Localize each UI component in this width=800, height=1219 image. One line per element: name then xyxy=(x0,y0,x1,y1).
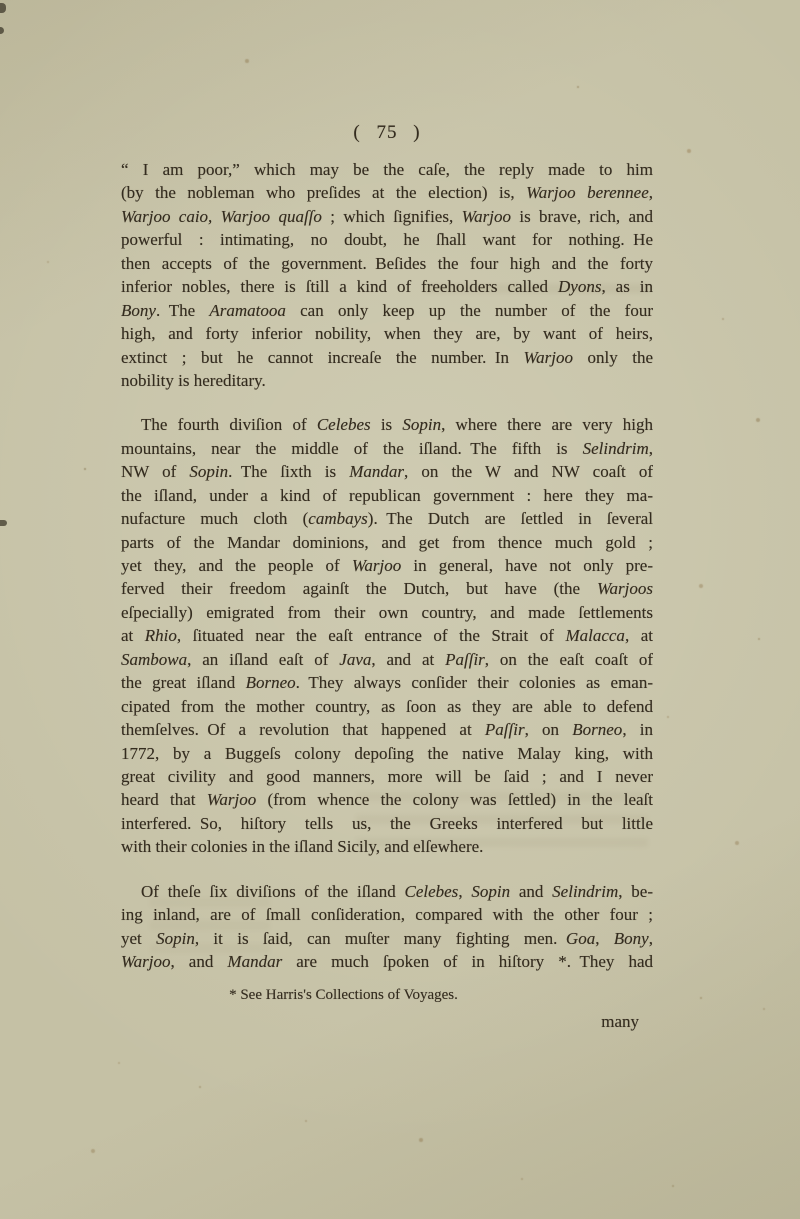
text-line: the iſland, under a kind of republican g… xyxy=(121,484,653,507)
italic-text-run: Goa xyxy=(566,929,595,948)
italic-text-run: Warjoo caio, Warjoo quaſſo xyxy=(121,207,322,226)
italic-text-run: Warjoo xyxy=(524,348,573,367)
text-run: heard that xyxy=(121,790,207,809)
page-number-header: ( 75 ) xyxy=(121,122,653,144)
text-run: and xyxy=(510,882,552,901)
text-line: heard that Warjoo (from whence the colon… xyxy=(121,788,653,811)
text-line: The fourth diviſion of Celebes is Sopin,… xyxy=(121,413,653,436)
text-run: eſpecially) emigrated from their own cou… xyxy=(121,603,653,622)
paragraph: The fourth diviſion of Celebes is Sopin,… xyxy=(121,413,653,858)
text-line: then accepts of the government. Beſides … xyxy=(121,252,653,275)
text-run: mountains, near the middle of the iſland… xyxy=(121,439,583,458)
text-run: are much ſpoken of in hiſtory *. They ha… xyxy=(282,952,653,971)
text-line: yet they, and the people of Warjoo in ge… xyxy=(121,554,653,577)
italic-text-run: Sambowa xyxy=(121,650,187,669)
italic-text-run: Warjoo xyxy=(462,207,511,226)
paragraph: Of theſe ſix diviſions of the iſland Cel… xyxy=(121,880,653,974)
text-run: NW of xyxy=(121,462,189,481)
text-run: (by the nobleman who preſides at the ele… xyxy=(121,183,526,202)
text-run: ing inland, are of ſmall conſideration, … xyxy=(121,905,653,924)
italic-text-run: Java xyxy=(339,650,371,669)
text-run: parts of the Mandar dominions, and get f… xyxy=(121,533,653,552)
text-line: at Rhio, ſituated near the eaſt entrance… xyxy=(121,624,653,647)
text-line: NW of Sopin. The ſixth is Mandar, on the… xyxy=(121,460,653,483)
text-run: , be- xyxy=(618,882,653,901)
catchword: many xyxy=(121,1012,653,1032)
text-run: , an iſland eaſt of xyxy=(187,650,339,669)
text-line: the great iſland Borneo. They always con… xyxy=(121,671,653,694)
italic-text-run: Bony xyxy=(121,301,156,320)
text-run: inferior nobles, there is ſtill a kind o… xyxy=(121,277,558,296)
text-run: , xyxy=(595,929,614,948)
text-run: with their colonies in the iſland Sicily… xyxy=(121,837,483,856)
text-line: Warjoo caio, Warjoo quaſſo ; which ſigni… xyxy=(121,205,653,228)
text-run: , on the W and NW coaſt of xyxy=(404,462,653,481)
text-line: ing inland, are of ſmall conſideration, … xyxy=(121,903,653,926)
text-line: yet Sopin, it is ſaid, can muſter many f… xyxy=(121,927,653,950)
text-line: with their colonies in the iſland Sicily… xyxy=(121,835,653,858)
italic-text-run: Sopin xyxy=(402,415,441,434)
text-run: extinct ; but he cannot increaſe the num… xyxy=(121,348,524,367)
page-edge-mark xyxy=(0,520,7,526)
text-run: , on the eaſt coaſt of xyxy=(485,650,653,669)
text-run: , xyxy=(458,882,471,901)
italic-text-run: Dyons xyxy=(558,277,601,296)
text-run: “ I am poor,” which may be the caſe, the… xyxy=(121,160,653,179)
text-run: . The ſixth is xyxy=(228,462,349,481)
text-run: , in xyxy=(622,720,653,739)
text-run: . The xyxy=(156,301,209,320)
text-line: nobility is hereditary. xyxy=(121,369,653,392)
italic-text-run: Paſſir xyxy=(485,720,525,739)
text-run: , as in xyxy=(601,277,653,296)
text-line: nufacture much cloth (cambays). The Dutc… xyxy=(121,507,653,530)
italic-text-run: Selindrim xyxy=(583,439,649,458)
text-run: interfered. So, hiſtory tells us, the Gr… xyxy=(121,814,653,833)
text-run: can only keep up the number of the four xyxy=(286,301,653,320)
text-run: yet they, and the people of xyxy=(121,556,352,575)
italic-text-run: Mandar xyxy=(349,462,404,481)
text-run: high, and forty inferior nobility, when … xyxy=(121,324,653,343)
paragraph: “ I am poor,” which may be the caſe, the… xyxy=(121,158,653,392)
italic-text-run: Selindrim xyxy=(552,882,618,901)
text-line: Of theſe ſix diviſions of the iſland Cel… xyxy=(121,880,653,903)
text-run: , on xyxy=(525,720,573,739)
text-run: , xyxy=(649,929,653,948)
text-line: interfered. So, hiſtory tells us, the Gr… xyxy=(121,812,653,835)
text-run: the iſland, under a kind of republican g… xyxy=(121,486,653,505)
text-run: , where there are very high xyxy=(441,415,653,434)
text-run: ; which ſignifies, xyxy=(322,207,462,226)
text-run: , xyxy=(649,439,653,458)
italic-text-run: Malacca xyxy=(565,626,624,645)
text-run: The fourth diviſion of xyxy=(141,415,317,434)
text-run: ). The Dutch are ſettled in ſeveral xyxy=(368,509,653,528)
text-run: themſelves. Of a revolution that happene… xyxy=(121,720,485,739)
text-block: “ I am poor,” which may be the caſe, the… xyxy=(121,158,653,973)
italic-text-run: Sopin xyxy=(189,462,228,481)
text-line: (by the nobleman who preſides at the ele… xyxy=(121,181,653,204)
italic-text-run: Aramatooa xyxy=(209,301,286,320)
text-run: , it is ſaid, can muſter many fighting m… xyxy=(195,929,566,948)
italic-text-run: Borneo xyxy=(572,720,622,739)
text-run: ferved their freedom againſt the Dutch, … xyxy=(121,579,597,598)
italic-text-run: Rhio xyxy=(145,626,177,645)
text-line: cipated from the mother country, as ſoon… xyxy=(121,695,653,718)
text-run: powerful : intimating, no doubt, he ſhal… xyxy=(121,230,653,249)
italic-text-run: Warjoo xyxy=(352,556,401,575)
text-run: in general, have not only pre- xyxy=(401,556,653,575)
text-line: 1772, by a Buggeſs colony depoſing the n… xyxy=(121,742,653,765)
text-run: Of theſe ſix diviſions of the iſland xyxy=(141,882,404,901)
italic-text-run: Sopin xyxy=(156,929,195,948)
italic-text-run: Celebes xyxy=(404,882,458,901)
italic-text-run: Mandar xyxy=(227,952,282,971)
text-run: yet xyxy=(121,929,156,948)
text-line: high, and forty inferior nobility, when … xyxy=(121,322,653,345)
text-run: (from whence the colony was ſettled) in … xyxy=(256,790,653,809)
text-run: , ſituated near the eaſt entrance of the… xyxy=(177,626,566,645)
italic-text-run: cambays xyxy=(308,509,367,528)
text-run: nobility is hereditary. xyxy=(121,371,266,390)
text-run: , at xyxy=(625,626,653,645)
italic-text-run: Warjoo berennee xyxy=(526,183,649,202)
text-run: at xyxy=(121,626,145,645)
text-line: great civility and good manners, more wi… xyxy=(121,765,653,788)
text-line: parts of the Mandar dominions, and get f… xyxy=(121,531,653,554)
page-edge-mark xyxy=(0,3,6,13)
text-run: only the xyxy=(573,348,653,367)
italic-text-run: Sopin xyxy=(471,882,510,901)
italic-text-run: Borneo xyxy=(246,673,296,692)
text-line: extinct ; but he cannot increaſe the num… xyxy=(121,346,653,369)
italic-text-run: Warjoo xyxy=(121,952,170,971)
italic-text-run: Bony xyxy=(614,929,649,948)
text-line: mountains, near the middle of the iſland… xyxy=(121,437,653,460)
text-line: Sambowa, an iſland eaſt of Java, and at … xyxy=(121,648,653,671)
text-run: is brave, rich, and xyxy=(511,207,653,226)
italic-text-run: Warjoos xyxy=(597,579,653,598)
text-run: . They always conſider their colonies as… xyxy=(296,673,653,692)
text-line: themſelves. Of a revolution that happene… xyxy=(121,718,653,741)
text-line: Warjoo, and Mandar are much ſpoken of in… xyxy=(121,950,653,973)
text-run: then accepts of the government. Beſides … xyxy=(121,254,653,273)
text-line: inferior nobles, there is ſtill a kind o… xyxy=(121,275,653,298)
text-run: cipated from the mother country, as ſoon… xyxy=(121,697,653,716)
italic-text-run: Warjoo xyxy=(207,790,256,809)
text-run: the great iſland xyxy=(121,673,246,692)
italic-text-run: Celebes xyxy=(317,415,371,434)
text-line: “ I am poor,” which may be the caſe, the… xyxy=(121,158,653,181)
footnote: * See Harris's Collections of Voyages. xyxy=(121,987,566,1004)
text-line: eſpecially) emigrated from their own cou… xyxy=(121,601,653,624)
text-run: is xyxy=(371,415,403,434)
italic-text-run: Paſſir xyxy=(445,650,485,669)
text-line: powerful : intimating, no doubt, he ſhal… xyxy=(121,228,653,251)
text-run: , and xyxy=(170,952,227,971)
text-line: ferved their freedom againſt the Dutch, … xyxy=(121,577,653,600)
text-run: 1772, by a Buggeſs colony depoſing the n… xyxy=(121,744,653,763)
text-line: Bony. The Aramatooa can only keep up the… xyxy=(121,299,653,322)
text-run: , xyxy=(649,183,653,202)
text-run: , and at xyxy=(371,650,445,669)
foxing-speckles xyxy=(0,0,2,2)
text-run: nufacture much cloth ( xyxy=(121,509,308,528)
text-run: great civility and good manners, more wi… xyxy=(121,767,653,786)
